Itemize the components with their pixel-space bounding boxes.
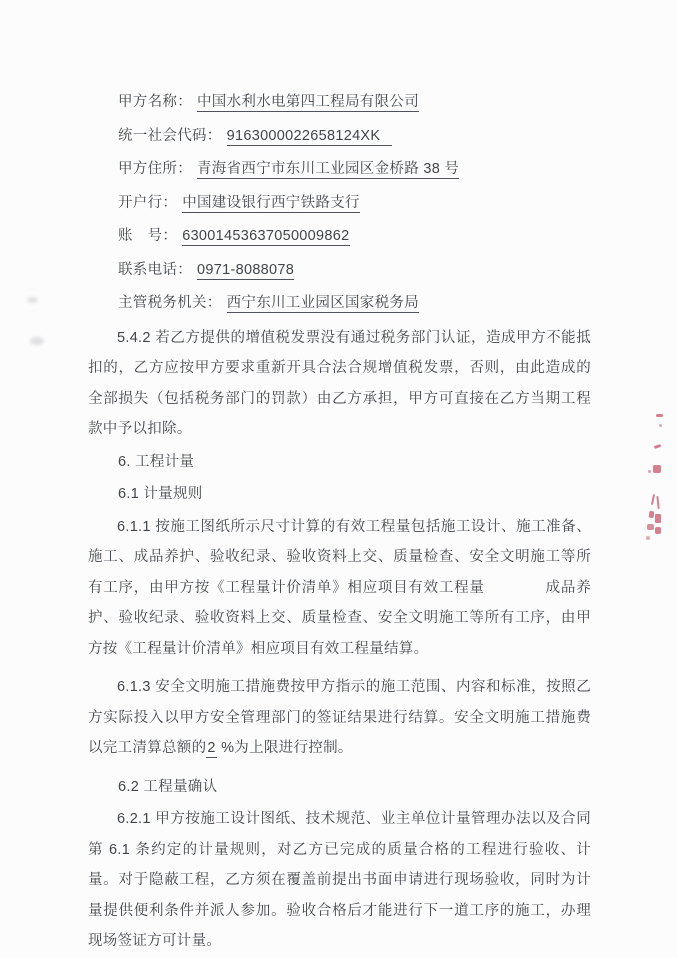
field-social-credit-code: 统一社会代码：9163000022658124XK xyxy=(88,120,591,154)
field-value-underlined: 中国水利水电第四工程局有限公司 xyxy=(197,94,419,112)
scan-smudge xyxy=(27,297,38,303)
clause-6-1-3-tail: %为上限进行控制。 xyxy=(217,740,353,756)
field-value-underlined: 9163000022658124XK xyxy=(227,128,393,146)
document-page: 甲方名称：中国水利水电第四工程局有限公司 统一社会代码：916300002265… xyxy=(0,0,677,958)
heading-6: 6. 工程计量 xyxy=(88,447,591,478)
field-label: 甲方住所： xyxy=(118,161,192,177)
clause-6-1-3: 6.1.3 安全文明施工措施费按甲方指示的施工范围、内容和标准，按照乙方实际投入… xyxy=(88,672,591,764)
stamp-fragment xyxy=(646,536,650,540)
heading-6-2: 6.2 工程量确认 xyxy=(88,772,591,803)
scan-smudge xyxy=(30,337,44,345)
clause-6-2-1: 6.2.1 甲方按施工设计图纸、技术规范、业主单位计量管理办法以及合同第 6.1… xyxy=(88,804,591,957)
field-label: 统一社会代码： xyxy=(118,128,222,144)
field-value-underlined: 西宁东川工业园区国家税务局 xyxy=(227,295,419,313)
stamp-fragment xyxy=(655,514,661,523)
field-label: 主管税务机关： xyxy=(118,295,222,311)
field-party-address: 甲方住所：青海省西宁市东川工业园区金桥路 38 号 xyxy=(88,153,591,187)
clause-5-4-2: 5.4.2 若乙方提供的增值税发票没有通过税务部门认证，造成甲方不能抵扣的，乙方… xyxy=(88,323,591,445)
field-bank: 开户行：中国建设银行西宁铁路支行 xyxy=(88,187,591,221)
field-value-underlined: 中国建设银行西宁铁路支行 xyxy=(182,195,360,213)
stamp-fragment xyxy=(655,527,661,534)
field-label: 甲方名称： xyxy=(118,94,192,110)
clause-6-1-1: 6.1.1 按施工图纸所示尺寸计算的有效工程量包括施工设计、施工准备、施工、成品… xyxy=(88,512,591,665)
party-info-block: 甲方名称：中国水利水电第四工程局有限公司 统一社会代码：916300002265… xyxy=(88,86,591,321)
field-phone: 联系电话：0971-8088078 xyxy=(88,254,591,288)
field-label: 联系电话： xyxy=(118,262,192,278)
stamp-fragment xyxy=(648,470,651,473)
underlined-percentage-value: 2 xyxy=(206,740,216,758)
field-tax-authority: 主管税务机关：西宁东川工业园区国家税务局 xyxy=(88,287,591,321)
field-value-underlined: 青海省西宁市东川工业园区金桥路 38 号 xyxy=(197,161,459,179)
stamp-fragment xyxy=(647,524,654,530)
field-value-underlined: 63001453637050009862 xyxy=(182,228,349,246)
field-party-name: 甲方名称：中国水利水电第四工程局有限公司 xyxy=(88,86,591,120)
stamp-fragment xyxy=(656,414,663,417)
clauses-block: 5.4.2 若乙方提供的增值税发票没有通过税务部门认证，造成甲方不能抵扣的，乙方… xyxy=(88,323,591,957)
stamp-fragment xyxy=(653,465,661,473)
field-value-underlined: 0971-8088078 xyxy=(197,262,294,280)
field-label: 账 号： xyxy=(118,228,177,244)
field-account-number: 账 号：63001453637050009862 xyxy=(88,220,591,254)
stamp-fragment xyxy=(659,424,662,427)
field-label: 开户行： xyxy=(118,195,177,211)
heading-6-1: 6.1 计量规则 xyxy=(88,479,591,510)
